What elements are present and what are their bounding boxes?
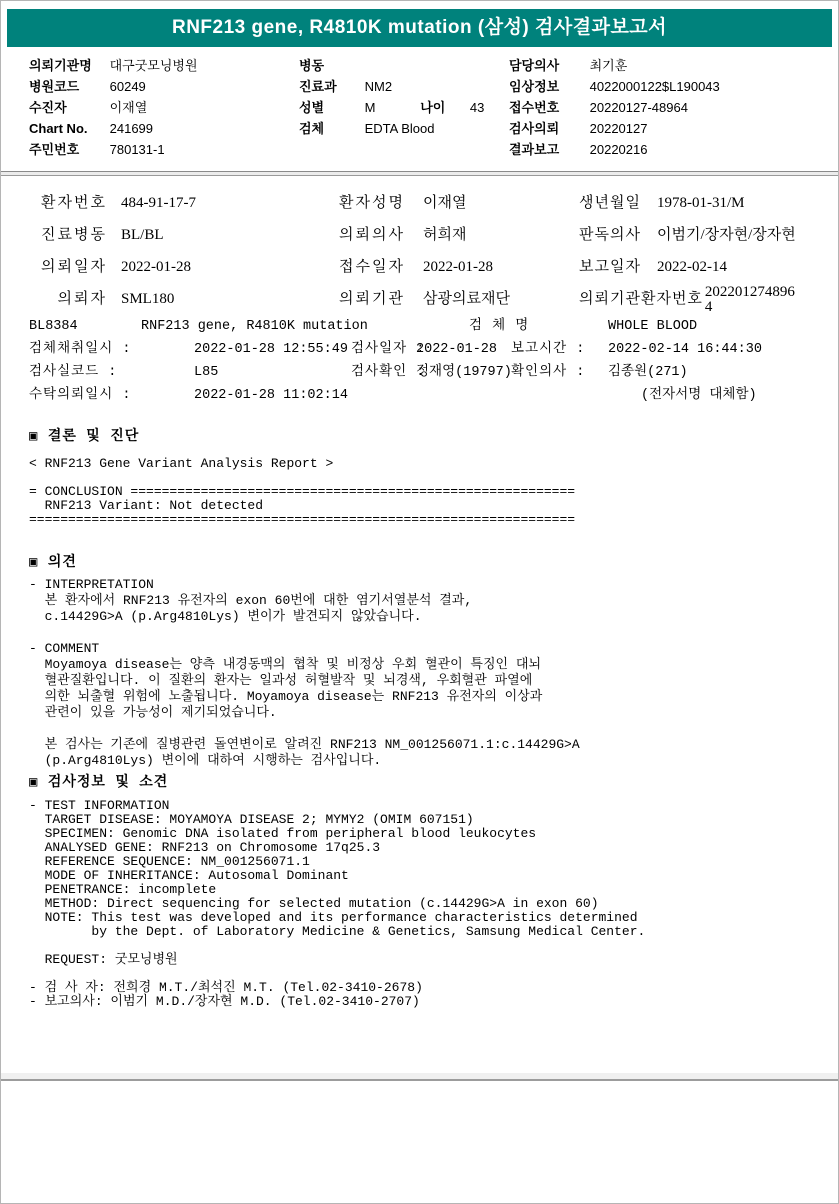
specimen-row-4: 수탁의뢰일시 : 2022-01-28 11:02:14 (전자서명 대체함) [1, 384, 838, 407]
sex-label: 성별 [299, 97, 361, 118]
patient-row-3: 의뢰일자2022-01-28접수일자2022-01-28보고일자2022-02-… [1, 251, 838, 283]
specimen-row-1: BL8384 RNF213 gene, R4810K mutation 검 체 … [1, 315, 838, 338]
field-label: 접수번호 [509, 97, 586, 118]
requesting-org-value: 삼광의료재단 [423, 283, 579, 315]
info-column-right: 담당의사 최기훈 임상정보 4022000122$L190043 접수번호 20… [509, 55, 720, 160]
field-value: NM2 [365, 79, 392, 94]
age-label: 나이 [420, 97, 466, 118]
age-value: 43 [470, 100, 484, 115]
info-row-clinical-info: 임상정보 4022000122$L190043 [509, 76, 720, 97]
opinion-text: - INTERPRETATION 본 환자에서 RNF213 유전자의 exon… [29, 577, 580, 769]
conclusion-section-heading: ▣ 결론 및 진단 [29, 425, 139, 445]
field-label: 병원코드 [29, 76, 106, 97]
field-value: 20220216 [590, 142, 648, 157]
field-value: 대구굿모닝병원 [110, 58, 198, 73]
test-confirm-label: 검사확인 : [351, 361, 425, 384]
info-row-sex-age: 성별 M 나이 43 [299, 97, 484, 118]
field-value: 최기훈 [590, 58, 628, 73]
top-section-divider [1, 171, 838, 176]
info-row-department: 진료과 NM2 [299, 76, 484, 97]
test-confirm-value: 정재영(19797) [416, 361, 512, 384]
patient-no-label: 환자번호 [29, 187, 107, 219]
lab-code-label: 검사실코드 : [29, 361, 117, 384]
field-label: 검체 [299, 118, 361, 139]
test-date-value: 2022-01-28 [416, 338, 497, 361]
field-label: 수진자 [29, 97, 106, 118]
test-name: RNF213 gene, R4810K mutation [141, 315, 368, 338]
field-label: 진료과 [299, 76, 361, 97]
field-label: 병동 [299, 55, 361, 76]
info-row-ward: 병동 [299, 55, 484, 76]
info-row-chart-no: Chart No. 241699 [29, 118, 198, 139]
report-date-value: 2022-02-14 [657, 251, 727, 283]
patient-row-2: 진료병동BL/BL의뢰의사허희재판독의사이범기/장자현/장자현 [1, 219, 838, 251]
lab-report-page: RNF213 gene, R4810K mutation (삼성) 검사결과보고… [0, 0, 839, 1204]
report-time-value: 2022-02-14 16:44:30 [608, 338, 762, 361]
field-label: 결과보고 [509, 139, 586, 160]
confirming-doctor-label: 확인의사 : [511, 361, 585, 384]
report-title: RNF213 gene, R4810K mutation (삼성) 검사결과보고… [172, 17, 667, 38]
field-value: 20220127-48964 [590, 100, 688, 115]
report-date-label: 보고일자 [579, 251, 655, 283]
conclusion-text: < RNF213 Gene Variant Analysis Report > … [29, 457, 575, 527]
field-label: 주민번호 [29, 139, 106, 160]
patient-demographics-block: 환자번호484-91-17-7환자성명이재열생년월일1978-01-31/M 진… [1, 187, 838, 315]
info-row-resident-no: 주민번호 780131-1 [29, 139, 198, 160]
info-row-test-request-date: 검사의뢰 20220127 [509, 118, 720, 139]
info-row-result-report-date: 결과보고 20220216 [509, 139, 720, 160]
reading-doctor-label: 판독의사 [579, 219, 655, 251]
receipt-date-label: 접수일자 [339, 251, 423, 283]
field-label: 임상정보 [509, 76, 586, 97]
field-value: EDTA Blood [365, 121, 435, 136]
specimen-name-value: WHOLE BLOOD [608, 315, 697, 338]
field-value: 241699 [110, 121, 153, 136]
patient-name-value: 이재열 [423, 187, 579, 219]
info-row-specimen-type: 검체 EDTA Blood [299, 118, 484, 139]
info-row-patient-name: 수진자 이재열 [29, 97, 198, 118]
electronic-signature-note: (전자서명 대체함) [641, 384, 757, 407]
opinion-section-heading: ▣ 의견 [29, 551, 77, 571]
referring-doctor-value: 허희재 [423, 219, 579, 251]
birthdate-value: 1978-01-31/M [657, 187, 745, 219]
field-label: Chart No. [29, 118, 106, 139]
info-row-accession-no: 접수번호 20220127-48964 [509, 97, 720, 118]
collection-datetime-label: 검체채취일시 : [29, 338, 131, 361]
requester-value: SML180 [121, 283, 339, 315]
consignment-datetime-label: 수탁의뢰일시 : [29, 384, 131, 407]
info-column-middle: 병동 진료과 NM2 성별 M 나이 43 검체 EDTA Blood [299, 55, 484, 139]
sex-value: M [365, 97, 417, 118]
info-column-left: 의뢰기관명 대구굿모닝병원 병원코드 60249 수진자 이재열 Chart N… [29, 55, 198, 160]
lab-code-value: L85 [194, 361, 218, 384]
info-row-requesting-hospital: 의뢰기관명 대구굿모닝병원 [29, 55, 198, 76]
specimen-name-label: 검 체 명 [469, 315, 529, 338]
patient-row-1: 환자번호484-91-17-7환자성명이재열생년월일1978-01-31/M [1, 187, 838, 219]
field-label: 담당의사 [509, 55, 586, 76]
org-patient-no-label: 의뢰기관환자번호 [579, 283, 703, 315]
report-time-label: 보고시간 : [511, 338, 585, 361]
testinfo-section-heading: ▣ 검사정보 및 소견 [29, 771, 168, 791]
confirming-doctor-value: 김종원(271) [608, 361, 688, 384]
org-patient-no-value: 2022012748964 [705, 285, 800, 315]
request-date-label: 의뢰일자 [29, 251, 107, 283]
requester-label: 의뢰자 [29, 283, 107, 315]
consignment-datetime-value: 2022-01-28 11:02:14 [194, 384, 348, 407]
specimen-row-3: 검사실코드 : L85 검사확인 : 정재영(19797) 확인의사 : 김종원… [1, 361, 838, 384]
testinfo-text: - TEST INFORMATION TARGET DISEASE: MOYAM… [29, 799, 645, 967]
receipt-date-value: 2022-01-28 [423, 251, 579, 283]
info-row-hospital-code: 병원코드 60249 [29, 76, 198, 97]
test-code: BL8384 [29, 315, 78, 338]
referring-doctor-label: 의뢰의사 [339, 219, 423, 251]
field-value: 4022000122$L190043 [590, 79, 720, 94]
field-label: 검사의뢰 [509, 118, 586, 139]
patient-row-4: 의뢰자SML180의뢰기관삼광의료재단의뢰기관환자번호2022012748964 [1, 283, 838, 315]
patient-no-value: 484-91-17-7 [121, 187, 339, 219]
birthdate-label: 생년월일 [579, 187, 655, 219]
collection-datetime-value: 2022-01-28 12:55:49 [194, 338, 348, 361]
specimen-row-2: 검체채취일시 : 2022-01-28 12:55:49 검사일자 : 2022… [1, 338, 838, 361]
report-title-banner: RNF213 gene, R4810K mutation (삼성) 검사결과보고… [7, 9, 832, 47]
info-row-doctor-in-charge: 담당의사 최기훈 [509, 55, 720, 76]
ward-value: BL/BL [121, 219, 339, 251]
request-date-value: 2022-01-28 [121, 251, 339, 283]
reading-doctor-value: 이범기/장자현/장자현 [657, 219, 796, 251]
field-label: 의뢰기관명 [29, 55, 106, 76]
patient-name-label: 환자성명 [339, 187, 423, 219]
field-value: 이재열 [110, 100, 148, 115]
field-value: 780131-1 [110, 142, 165, 157]
field-value: 60249 [110, 79, 146, 94]
requesting-org-label: 의뢰기관 [339, 283, 423, 315]
bottom-section-divider [1, 1073, 838, 1081]
ward-label: 진료병동 [29, 219, 107, 251]
specimen-block: BL8384 RNF213 gene, R4810K mutation 검 체 … [1, 315, 838, 407]
field-value: 20220127 [590, 121, 648, 136]
contact-lines: - 검 사 자: 전희경 M.T./최석진 M.T. (Tel.02-3410-… [29, 981, 423, 1009]
test-date-label: 검사일자 : [351, 338, 425, 361]
